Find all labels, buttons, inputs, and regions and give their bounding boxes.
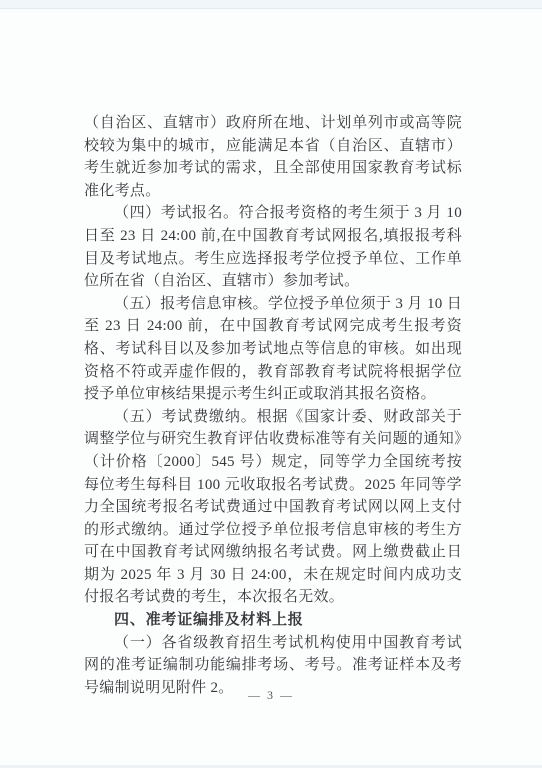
paragraph-exam-registration: （四）考试报名。符合报考资格的考生须于 3 月 10 日至 23 日 24:00… bbox=[84, 202, 462, 292]
paragraph-fee-payment: （五）考试费缴纳。根据《国家计委、财政部关于调整学位与研究生教育评估收费标准等有… bbox=[84, 406, 462, 609]
paragraph-location-requirements: （自治区、直辖市）政府所在地、计划单列市或高等院校较为集中的城市，应能满足本省（… bbox=[84, 112, 462, 202]
scan-edge-top bbox=[0, 0, 542, 9]
scanned-document-page: （自治区、直辖市）政府所在地、计划单列市或高等院校较为集中的城市，应能满足本省（… bbox=[0, 0, 542, 768]
document-body: （自治区、直辖市）政府所在地、计划单列市或高等院校较为集中的城市，应能满足本省（… bbox=[84, 112, 462, 699]
paragraph-info-review: （五）报考信息审核。学位授予单位须于 3 月 10 日至 23 日 24:00 … bbox=[84, 293, 462, 406]
section-heading-admission-ticket: 四、准考证编排及材料上报 bbox=[84, 609, 462, 632]
page-number: — 3 — bbox=[0, 688, 542, 703]
